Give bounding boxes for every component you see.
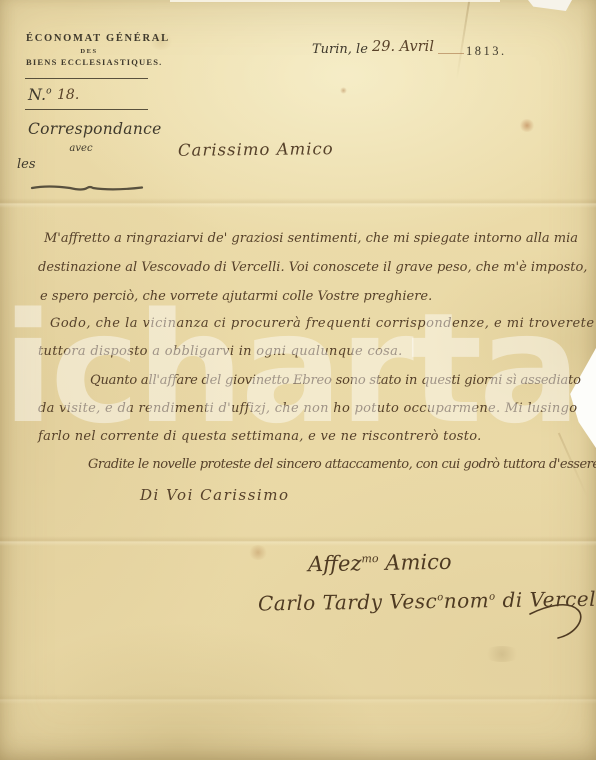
signature-closing-main: Affez <box>308 551 362 576</box>
paper: ÉCONOMAT GÉNÉRAL DES BIENS ECCLESIASTIQU… <box>0 0 596 760</box>
greeting: Carissimo Amico <box>178 139 334 160</box>
letterhead-rule <box>25 109 148 110</box>
body-line: tuttora disposto a obbligarvi in ogni qu… <box>38 344 403 359</box>
signature-name-part2: nom <box>444 588 490 613</box>
body-line: Gradite le novelle proteste del sincero … <box>88 457 596 472</box>
signature-closing: Affezmo Amico <box>308 550 452 577</box>
fold-crease <box>0 198 596 208</box>
foxing-stain <box>340 87 347 94</box>
number-value-handwritten: 18. <box>57 87 79 103</box>
correspondance-label: Correspondance <box>28 120 162 138</box>
body-line: destinazione al Vescovado di Vercelli. V… <box>38 260 587 275</box>
les-label: les <box>17 157 36 172</box>
date-place-printed: Turin, le <box>312 42 368 57</box>
signature-closing-sup: mo <box>361 552 378 565</box>
flourish-rule <box>30 184 145 192</box>
body-line: farlo nel corrente di questa settimana, … <box>38 429 482 444</box>
date-handwritten: 29. Avril <box>372 39 434 55</box>
number-label-sup: o <box>46 87 51 97</box>
date-dash <box>438 53 464 54</box>
foxing-stain <box>248 545 268 560</box>
valediction-line: Di Voi Carissimo <box>140 486 289 504</box>
body-line: da visite, e da rendimenti d'uffizj, che… <box>38 401 577 416</box>
foxing-stain <box>482 646 522 662</box>
fold-crease <box>0 694 596 704</box>
body-line: Godo, che la vicinanza ci procurerà freq… <box>50 316 595 331</box>
signature-closing-rest: Amico <box>378 550 451 575</box>
foxing-stain <box>519 119 535 132</box>
signature-flourish <box>528 596 588 644</box>
corner-tear <box>528 0 572 11</box>
date-year-printed: 1813. <box>466 44 507 59</box>
letterhead-title-line3: BIENS ECCLESIASTIQUES. <box>26 57 152 67</box>
paper-edge <box>170 0 500 2</box>
avec-label: avec <box>26 143 136 154</box>
edge-notch <box>566 348 596 448</box>
letterhead-title-line1: ÉCONOMAT GÉNÉRAL <box>26 33 152 44</box>
body-line: Quanto all'affare del giovinetto Ebreo s… <box>90 373 581 388</box>
number-label-text: N. <box>28 85 46 104</box>
body-line: e spero perciò, che vorrete ajutarmi col… <box>40 289 432 304</box>
signature-name-part1: Carlo Tardy Vesc <box>258 589 438 616</box>
body-line: M'affretto a ringraziarvi de' graziosi s… <box>44 231 578 246</box>
letterhead-title-line2: DES <box>26 48 152 55</box>
fold-crease <box>0 536 596 546</box>
letter-scan: ÉCONOMAT GÉNÉRAL DES BIENS ECCLESIASTIQU… <box>0 0 596 760</box>
crease-line <box>456 0 470 79</box>
letterhead-rule <box>25 78 148 79</box>
number-label: N.o <box>28 85 51 104</box>
